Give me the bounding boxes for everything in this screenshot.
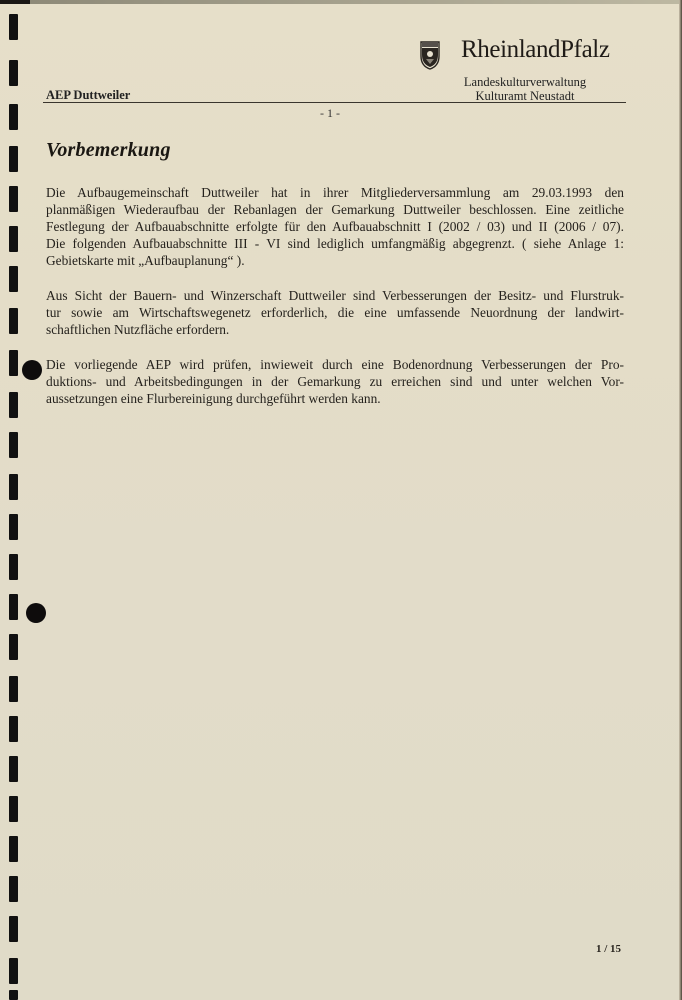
page-marker: - 1 - [320, 106, 340, 121]
binder-hole-icon [9, 836, 18, 862]
text-line: Aus Sicht der Bauern- und Winzerschaft D… [46, 287, 624, 304]
text-line: tur sowie am Wirtschaftswegenetz erforde… [46, 304, 624, 321]
binder-hole-icon [9, 392, 18, 418]
paragraph-3: Die vorliegende AEP wird prüfen, inwiewe… [46, 356, 624, 407]
text-line: aussetzungen eine Flurbereinigung durchg… [46, 390, 624, 407]
text-line: duktions- und Arbeitsbedingungen in der … [46, 373, 624, 390]
binder-hole-icon [9, 266, 18, 292]
binder-hole-icon [9, 990, 18, 1000]
binder-hole-icon [9, 432, 18, 458]
scan-top-edge [0, 0, 682, 4]
binder-hole-icon [9, 474, 18, 500]
binder-hole-icon [9, 186, 18, 212]
text-line: Festlegung der Aufbauabschnitte erfolgte… [46, 218, 624, 235]
binder-hole-icon [9, 14, 18, 40]
header-divider [43, 102, 626, 103]
punch-hole-icon [22, 360, 42, 380]
binder-hole-icon [9, 104, 18, 130]
binder-hole-icon [9, 146, 18, 172]
binder-hole-icon [9, 958, 18, 984]
text-line: Gebietskarte mit „Aufbauplanung“ ). [46, 252, 624, 269]
text-line: schaftlichen Nutzfläche erfordern. [46, 321, 624, 338]
binder-hole-icon [9, 716, 18, 742]
binder-hole-icon [9, 308, 18, 334]
binder-hole-icon [9, 226, 18, 252]
coat-of-arms-icon [418, 40, 442, 70]
binder-hole-icon [9, 350, 18, 376]
binder-hole-icon [9, 60, 18, 86]
text-line: Die vorliegende AEP wird prüfen, inwiewe… [46, 356, 624, 373]
text-line: Die Aufbaugemeinschaft Duttweiler hat in… [46, 184, 624, 201]
binder-hole-icon [9, 876, 18, 902]
binder-hole-icon [9, 634, 18, 660]
brand-logo: RheinlandPfalz [461, 36, 610, 64]
text-line: Die folgenden Aufbauabschnitte III - VI … [46, 235, 624, 252]
binder-hole-icon [9, 594, 18, 620]
section-title: Vorbemerkung [46, 139, 171, 162]
office-name: Kulturamt Neustadt [430, 89, 620, 103]
document-header-title: AEP Duttweiler [46, 88, 130, 103]
binder-hole-icon [9, 676, 18, 702]
binder-hole-icon [9, 916, 18, 942]
agency-block: Landeskulturverwaltung Kulturamt Neustad… [430, 75, 620, 103]
page-count: 1 / 15 [596, 943, 621, 955]
paragraph-1: Die Aufbaugemeinschaft Duttweiler hat in… [46, 184, 624, 269]
binder-hole-icon [9, 756, 18, 782]
paragraph-2: Aus Sicht der Bauern- und Winzerschaft D… [46, 287, 624, 338]
punch-hole-icon [26, 603, 46, 623]
binder-hole-icon [9, 554, 18, 580]
text-line: planmäßigen Wiederaufbau der Rebanlagen … [46, 201, 624, 218]
binder-hole-icon [9, 796, 18, 822]
binder-hole-icon [9, 514, 18, 540]
agency-name: Landeskulturverwaltung [430, 75, 620, 89]
